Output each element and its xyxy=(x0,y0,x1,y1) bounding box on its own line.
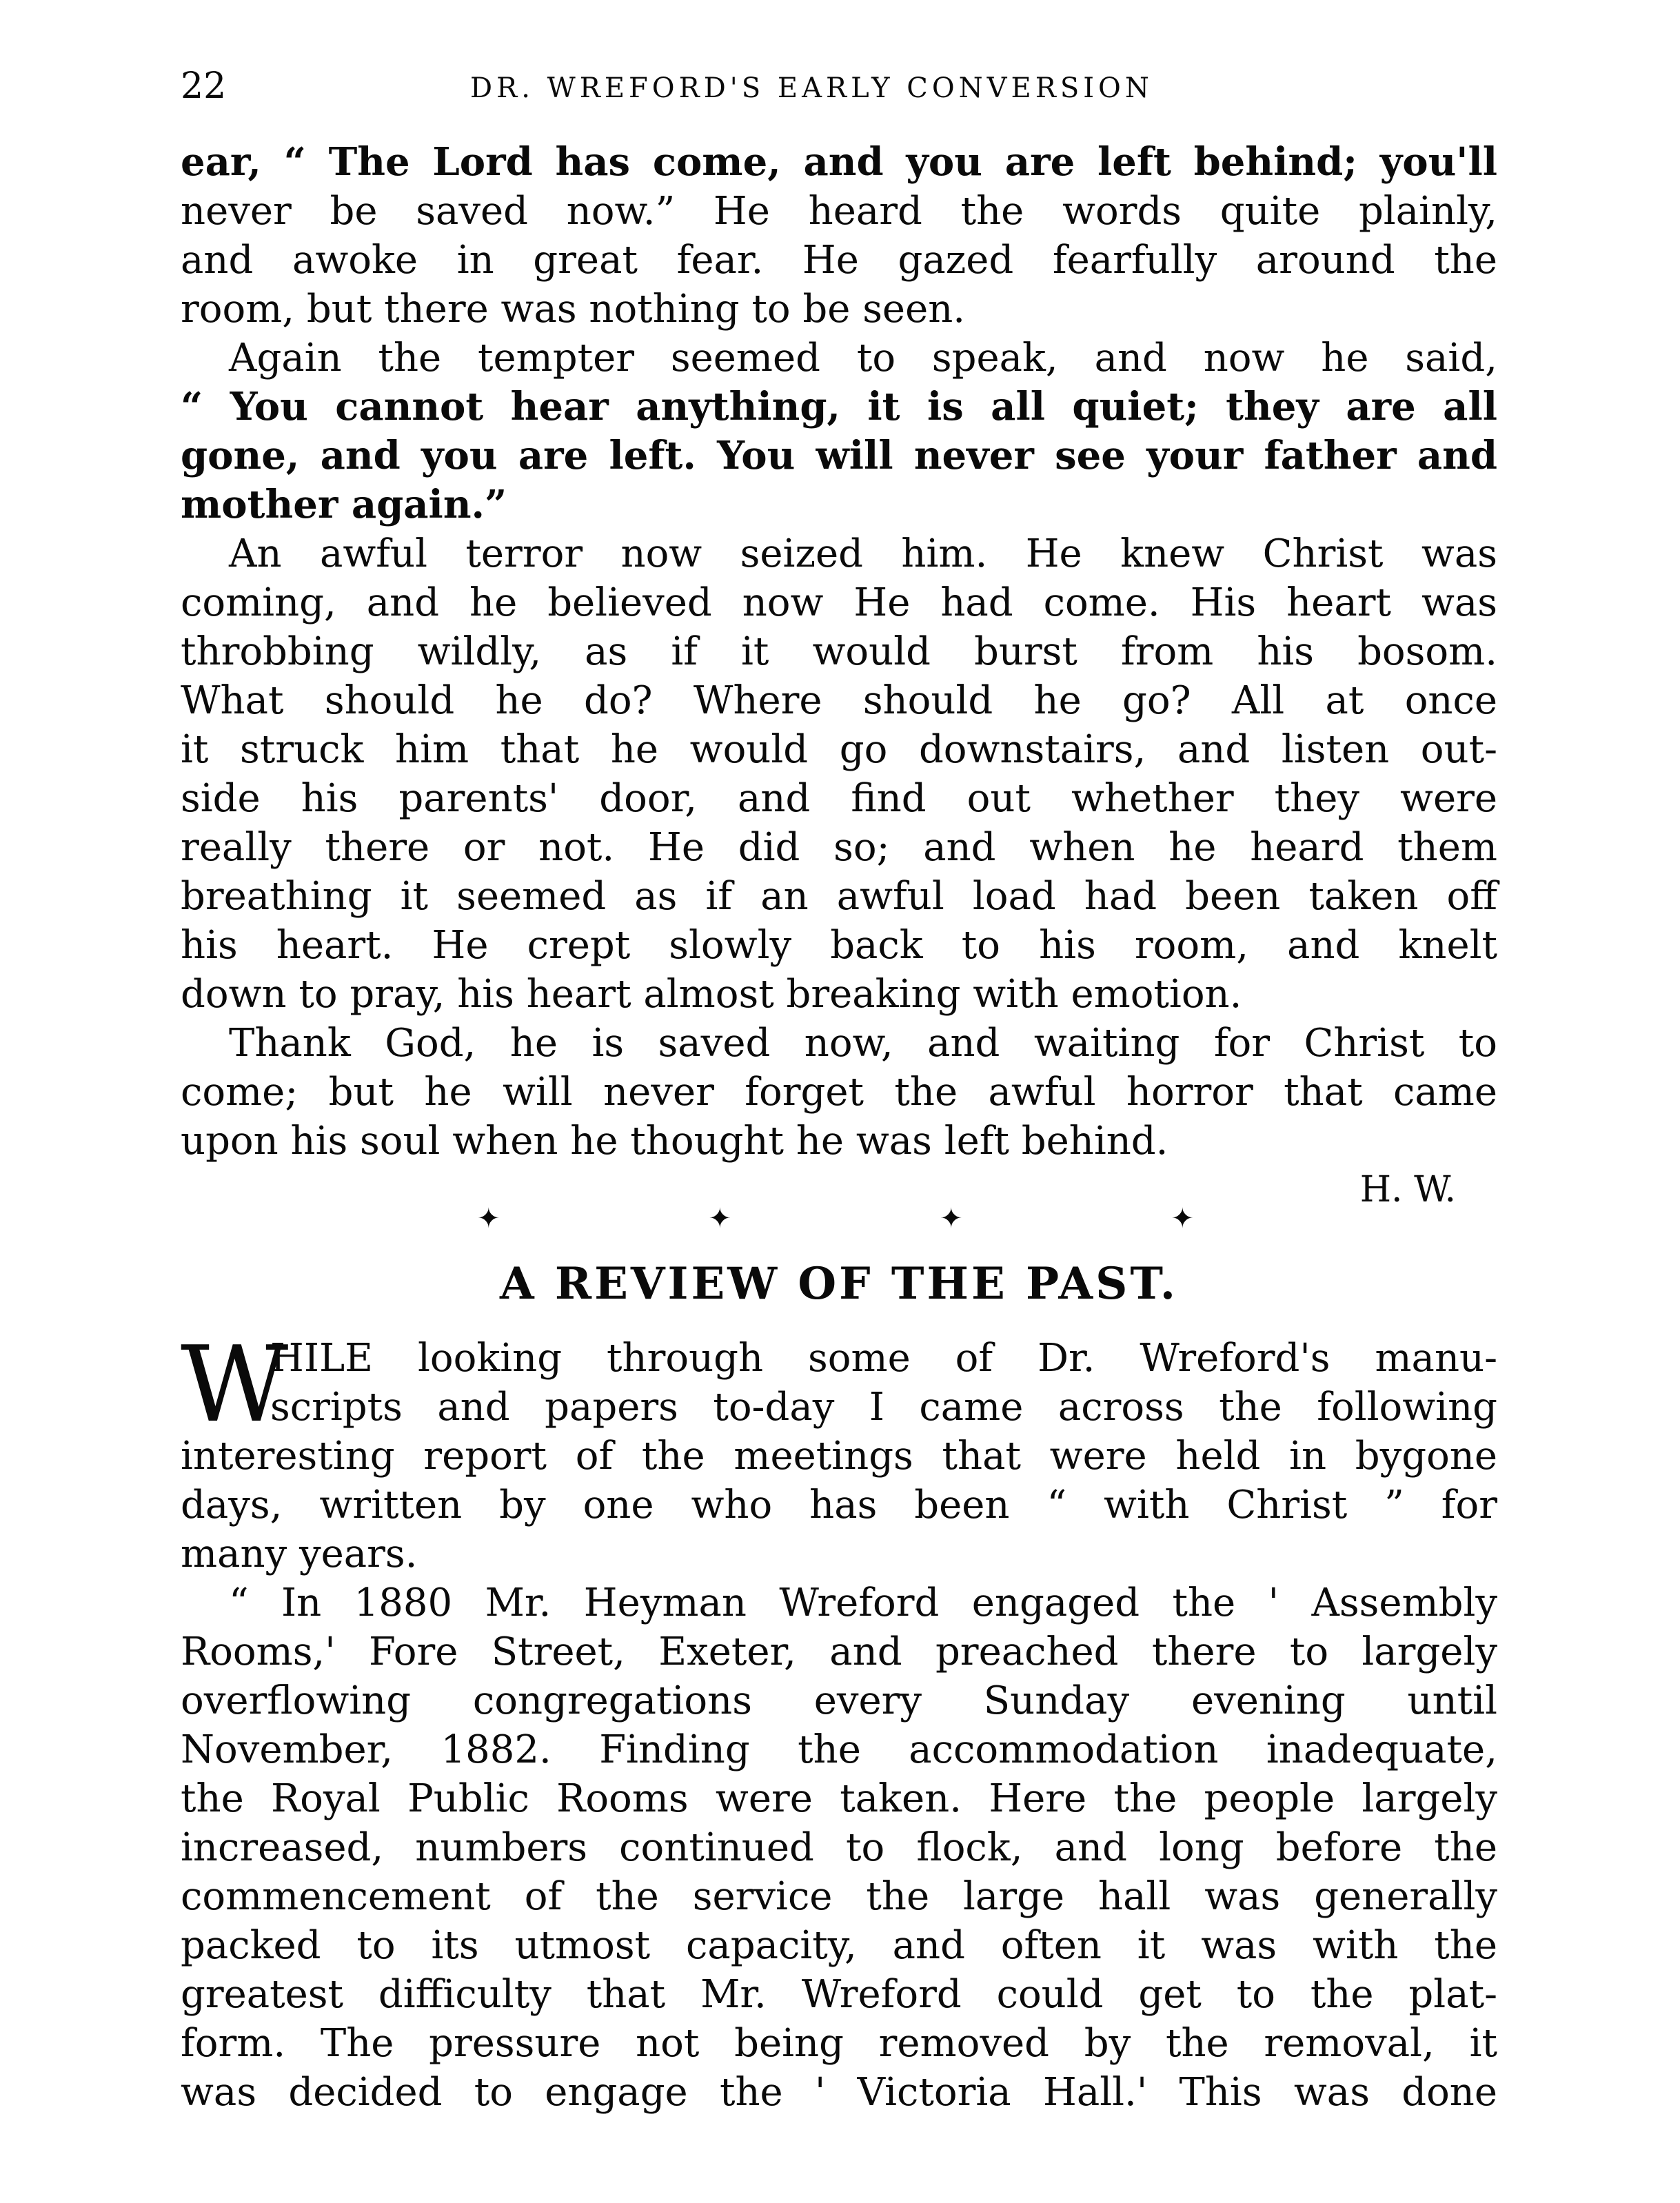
text-line: the Royal Public Rooms were taken. Here … xyxy=(181,1774,1497,1823)
text-line: “ In 1880 Mr. Heyman Wreford engaged the… xyxy=(181,1578,1497,1627)
text-line: Thank God, he is saved now, and waiting … xyxy=(181,1019,1497,1068)
text-line: down to pray, his heart almost breaking … xyxy=(181,970,1497,1019)
text-line: come; but he will never forget the awful… xyxy=(181,1068,1497,1117)
text-line: room, but there was nothing to be seen. xyxy=(181,285,1497,334)
text-line: commencement of the service the large ha… xyxy=(181,1872,1497,1921)
story-text: ear, “ The Lord has come, and you are le… xyxy=(181,138,1497,1215)
diamond-ornament-icon: ✦ xyxy=(1171,1203,1194,1244)
diamond-ornament-icon: ✦ xyxy=(708,1203,731,1244)
section-divider: ✦ ✦ ✦ ✦ xyxy=(477,1203,1194,1244)
text-line: An awful terror now seized him. He knew … xyxy=(181,529,1497,578)
drop-cap: W xyxy=(181,1337,288,1433)
text-line: increased, numbers continued to flock, a… xyxy=(181,1823,1497,1872)
text-line: mother again.” xyxy=(181,480,1497,529)
running-head: 22 DR. WREFORD'S EARLY CONVERSION xyxy=(181,65,1497,114)
text-line: upon his soul when he thought he was lef… xyxy=(181,1117,1497,1166)
text-line: What should he do? Where should he go? A… xyxy=(181,676,1497,725)
section-text: W HILE looking through some of Dr. Wrefo… xyxy=(181,1334,1497,2117)
text-line: Rooms,' Fore Street, Exeter, and preache… xyxy=(181,1627,1497,1676)
text-line: never be saved now.” He heard the words … xyxy=(181,187,1497,236)
text-line: his heart. He crept slowly back to his r… xyxy=(181,921,1497,970)
text-line: HILE looking through some of Dr. Wreford… xyxy=(181,1334,1497,1383)
text-line: really there or not. He did so; and when… xyxy=(181,823,1497,872)
section-heading: A REVIEW OF THE PAST. xyxy=(181,1258,1497,1310)
text-line: throbbing wildly, as if it would burst f… xyxy=(181,627,1497,676)
text-line: packed to its utmost capacity, and often… xyxy=(181,1921,1497,1970)
diamond-ornament-icon: ✦ xyxy=(477,1203,500,1244)
text-line: November, 1882. Finding the accommodatio… xyxy=(181,1725,1497,1774)
text-line: breathing it seemed as if an awful load … xyxy=(181,872,1497,921)
text-line: overflowing congregations every Sunday e… xyxy=(181,1676,1497,1725)
text-line: coming, and he believed now He had come.… xyxy=(181,578,1497,627)
text-line: it struck him that he would go downstair… xyxy=(181,725,1497,774)
page-number: 22 xyxy=(181,65,226,107)
text-line: many years. xyxy=(181,1530,1497,1578)
text-line: was decided to engage the ' Victoria Hal… xyxy=(181,2068,1497,2117)
text-line: Again the tempter seemed to speak, and n… xyxy=(181,334,1497,383)
diamond-ornament-icon: ✦ xyxy=(940,1203,963,1244)
text-line: ear, “ The Lord has come, and you are le… xyxy=(181,138,1497,187)
running-title: DR. WREFORD'S EARLY CONVERSION xyxy=(470,72,1153,104)
text-line: gone, and you are left. You will never s… xyxy=(181,432,1497,480)
text-line: greatest difficulty that Mr. Wreford cou… xyxy=(181,1970,1497,2019)
text-line: interesting report of the meetings that … xyxy=(181,1432,1497,1481)
text-line: scripts and papers to-day I came across … xyxy=(181,1383,1497,1432)
text-line: days, written by one who has been “ with… xyxy=(181,1481,1497,1530)
text-line: form. The pressure not being removed by … xyxy=(181,2019,1497,2068)
text-line: and awoke in great fear. He gazed fearfu… xyxy=(181,236,1497,285)
text-line: side his parents' door, and find out whe… xyxy=(181,774,1497,823)
dropcap-paragraph-start: W HILE looking through some of Dr. Wrefo… xyxy=(181,1334,1497,1432)
text-line: “ You cannot hear anything, it is all qu… xyxy=(181,383,1497,432)
